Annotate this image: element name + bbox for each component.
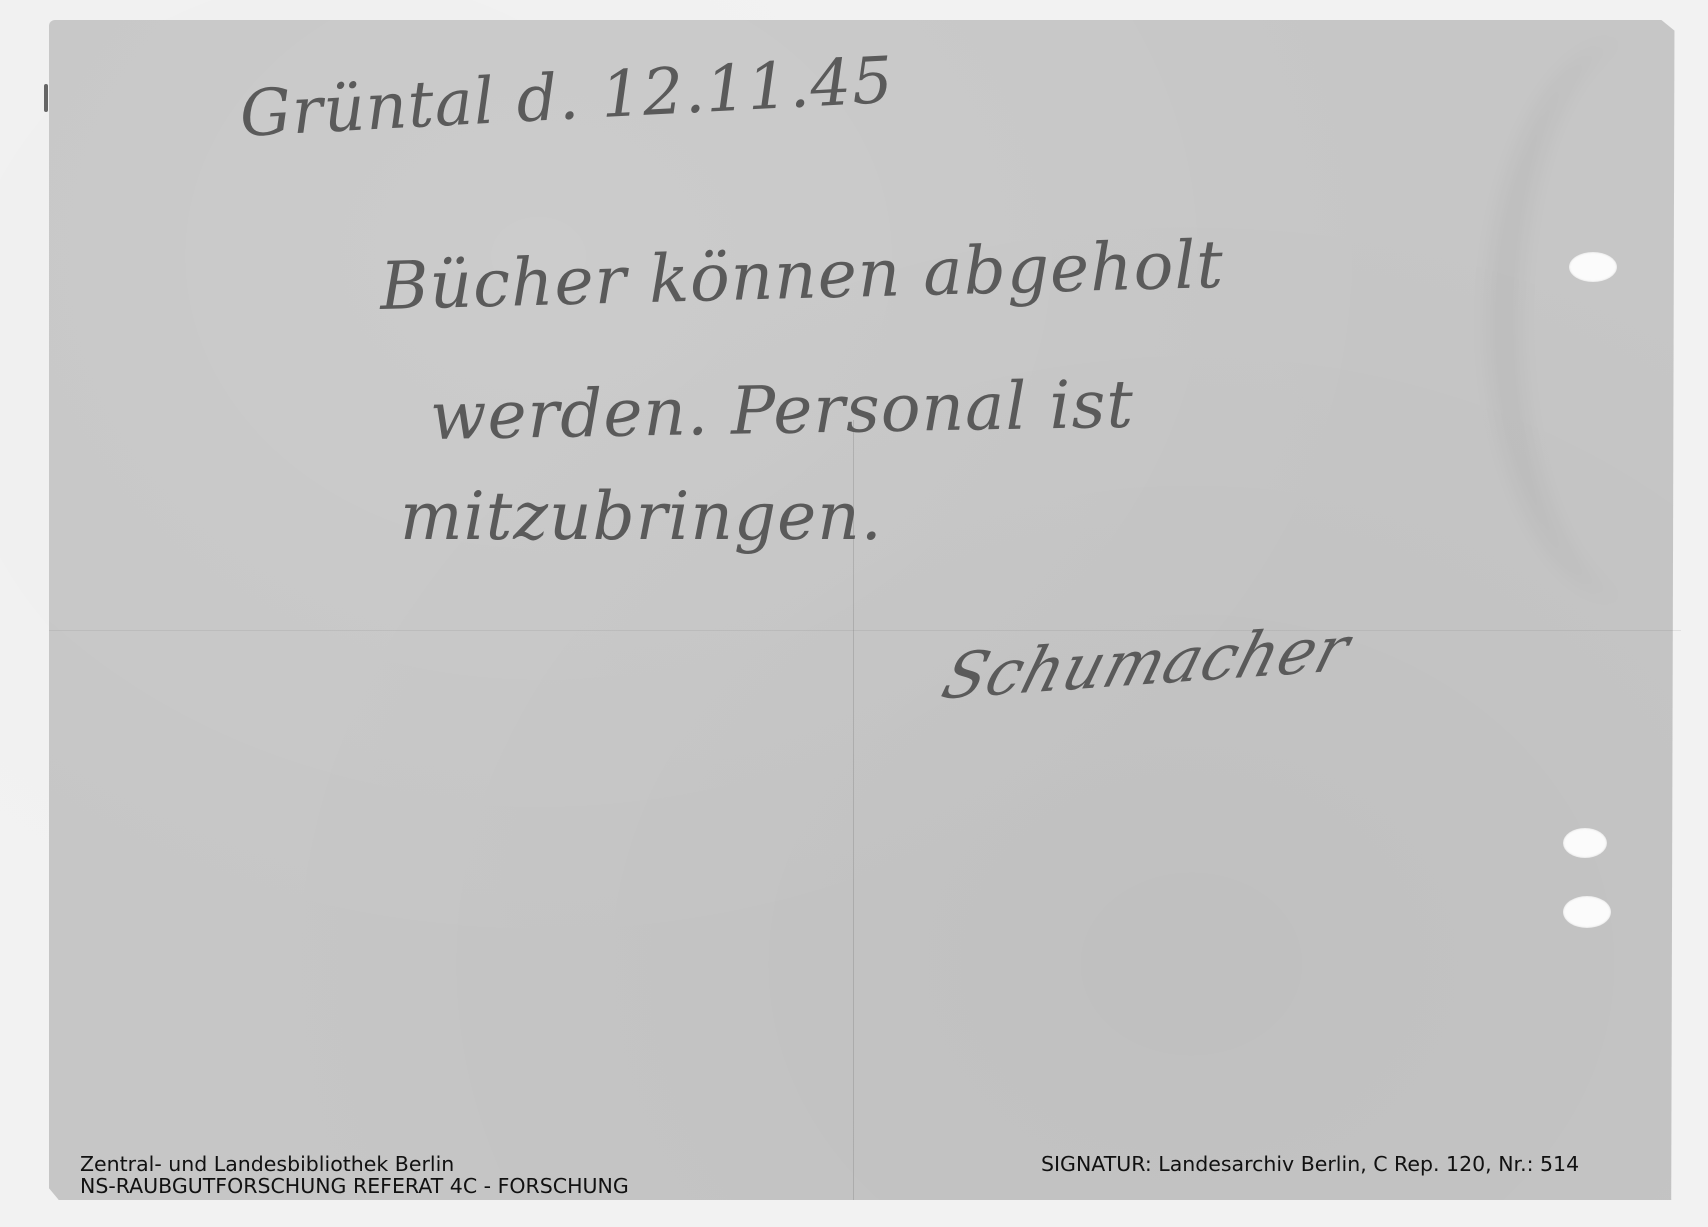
punch-hole-middle [1563, 828, 1607, 858]
archive-signature-caption: SIGNATUR: Landesarchiv Berlin, C Rep. 12… [1041, 1153, 1579, 1175]
institution-caption: Zentral- und Landesbibliothek Berlin NS-… [80, 1153, 629, 1197]
horizontal-fold-line [49, 630, 1681, 631]
handwritten-line-3: mitzubringen. [400, 478, 883, 555]
punch-hole-bottom [1563, 896, 1611, 928]
department-name: NS-RAUBGUTFORSCHUNG REFERAT 4C - FORSCHU… [80, 1175, 629, 1197]
edge-mark [44, 84, 48, 112]
institution-name: Zentral- und Landesbibliothek Berlin [80, 1153, 629, 1175]
punch-hole-top [1569, 252, 1617, 282]
document-paper [49, 20, 1681, 1200]
handwritten-line-2: werden. Personal ist [429, 366, 1134, 455]
